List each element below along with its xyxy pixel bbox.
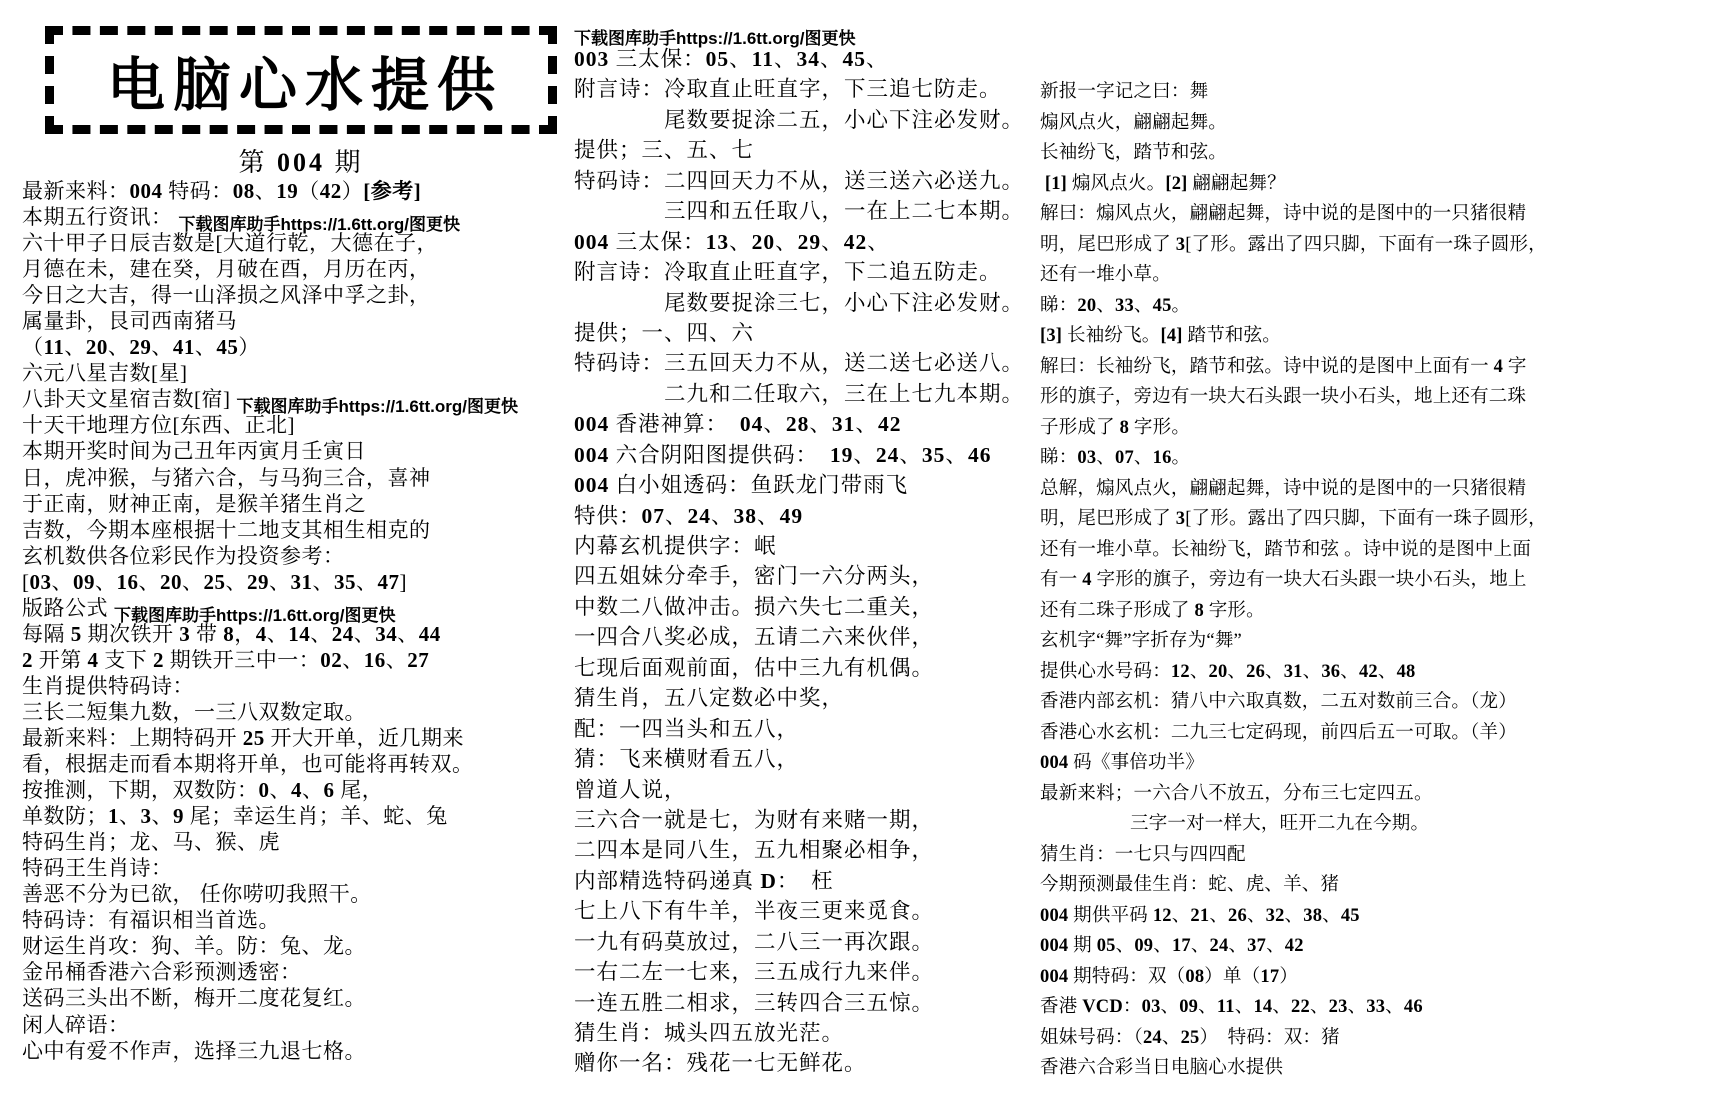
line-text: 于正南，财神正南，是猴羊猪生肖之	[22, 492, 366, 516]
text-line: 二四本是同八生，五九相聚必相争，	[574, 835, 1044, 865]
text-line: 香港六合彩当日电脑心水提供	[1040, 1053, 1720, 1084]
line-text: 三字一对一样大，旺开二九在今期。	[1130, 814, 1429, 834]
left-column: 最新来料：004 特码：08、19（42）[参考]本期五行资讯：下载图库助手ht…	[22, 178, 562, 1064]
text-line: 004 三太保：13、20、29、42、	[574, 227, 1044, 257]
line-text: 二四本是同八生，五九相聚必相争，	[574, 838, 934, 862]
text-line: 今日之大吉，得一山泽损之风泽中孚之卦，	[22, 282, 562, 308]
text-line: 香港 VCD：03、09、11、14、22、23、33、46	[1040, 992, 1720, 1023]
text-line: 三四和五任取八，一在上二七本期。	[574, 196, 1044, 226]
line-text: 香港六合彩当日电脑心水提供	[1040, 1058, 1283, 1078]
text-line: 配：一四当头和五八，	[574, 714, 1044, 744]
text-line: 解曰：长袖纷飞，踏节和弦。诗中说的是图中上面有一 4 字	[1040, 352, 1720, 383]
text-line: 本期五行资讯：下载图库助手https://1.6tt.org/图更快	[22, 204, 562, 230]
line-text: 还有一堆小草。	[1040, 265, 1171, 285]
line-text: 生肖提供特码诗：	[22, 674, 194, 698]
text-line: 尾数要捉涂二五，小心下注必发财。	[574, 105, 1044, 135]
line-text: 最新来料：004 特码：08、19（42）[参考]	[22, 179, 421, 203]
line-text: 善恶不分为已欲， 任你唠叨我照干。	[22, 882, 372, 906]
text-line: 按推测，下期，双数防：0、4、6 尾，	[22, 777, 562, 803]
text-line: [03、09、16、20、25、29、31、35、47]	[22, 569, 562, 595]
line-text: 总解，煽风点火，翩翩起舞，诗中说的是图中的一只猪很精	[1040, 479, 1526, 499]
line-text: 004 期 05、09、17、24、37、42	[1040, 936, 1304, 956]
line-text: 004 期供平码 12、21、26、32、38、45	[1040, 906, 1360, 926]
text-line: 七上八下有牛羊，半夜三更来觅食。	[574, 896, 1044, 926]
text-line: 内部精选特码递真 D： 枉	[574, 866, 1044, 896]
text-line: 004 期供平码 12、21、26、32、38、45	[1040, 901, 1720, 932]
line-text: 配：一四当头和五八，	[574, 717, 799, 741]
text-line: 004 香港神算： 04、28、31、42	[574, 409, 1044, 439]
text-line: 附言诗：冷取直止旺直字，下二追五防走。	[574, 257, 1044, 287]
line-text: 按推测，下期，双数防：0、4、6 尾，	[22, 778, 383, 802]
line-text: 新报一字记之曰：舞	[1040, 82, 1208, 102]
line-text: 提供；一、四、六	[574, 321, 754, 345]
line-text: 解曰：长袖纷飞，踏节和弦。诗中说的是图中上面有一 4 字	[1040, 357, 1527, 377]
text-line: 看，根据走而看本期将开单，也可能将再转双。	[22, 751, 562, 777]
line-text: 一四合八奖必成，五请二六来伙伴，	[574, 625, 934, 649]
text-line: 二九和二任取六，三在上七九本期。	[574, 379, 1044, 409]
line-text: 猜生肖，五八定数必中奖，	[574, 686, 844, 710]
line-text: 内部精选特码递真 D： 枉	[574, 869, 834, 893]
text-line: [3] 长袖纷飞。[4] 踏节和弦。	[1040, 321, 1720, 352]
line-text: 尾数要捉涂三七，小心下注必发财。	[664, 291, 1024, 315]
line-text: 猜生肖：城头四五放光茫。	[574, 1021, 844, 1045]
line-text: 中数二八做冲击。损六失七二重关，	[574, 595, 934, 619]
line-text: 内幕玄机提供字：岷	[574, 534, 777, 558]
text-line: 形的旗子，旁边有一块大石头跟一块小石头，地上还有二珠	[1040, 382, 1720, 413]
text-line: 新报一字记之曰：舞	[1040, 77, 1720, 108]
line-text: 004 期特码：双（08）单（17）	[1040, 967, 1298, 987]
text-line: 闲人碎语：	[22, 1012, 562, 1038]
line-text: 特供：07、24、38、49	[574, 504, 803, 528]
text-line: 内幕玄机提供字：岷	[574, 531, 1044, 561]
line-text: 004 三太保：13、20、29、42、	[574, 230, 890, 254]
text-line: 本期开奖时间为己丑年丙寅月壬寅日	[22, 438, 562, 464]
line-text: 属量卦，艮司西南猪马	[22, 309, 237, 333]
line-text: 单数防；1、3、9 尾；幸运生肖；羊、蛇、兔	[22, 804, 448, 828]
page-title: 电脑心水提供	[99, 38, 503, 122]
text-line: 日，虎冲猴，与猪六合，与马狗三合，喜神	[22, 465, 562, 491]
line-text: 一右二左一七来，三五成行九来伴。	[574, 960, 934, 984]
text-line: 赠你一名：残花一七无鲜花。	[574, 1048, 1044, 1078]
text-line: 尾数要捉涂三七，小心下注必发财。	[574, 288, 1044, 318]
line-text: 003 三太保：05、11、34、45、	[574, 47, 889, 71]
text-line: 最新来料：004 特码：08、19（42）[参考]	[22, 178, 562, 204]
line-text: 香港 VCD：03、09、11、14、22、23、33、46	[1040, 997, 1423, 1017]
text-line: 送码三头出不断，梅开二度花复红。	[22, 985, 562, 1011]
line-text: 赠你一名：残花一七无鲜花。	[574, 1051, 867, 1075]
text-line: 最新来料：上期特码开 25 开大开单，近几期来	[22, 725, 562, 751]
line-text: 明，尾巴形成了 3[了形。露出了四只脚，下面有一珠子圆形，	[1040, 235, 1547, 255]
line-text: 猜生肖：一七只与四四配	[1040, 845, 1246, 865]
line-text: 月德在未，建在癸，月破在酉，月历在丙，	[22, 257, 431, 281]
text-line: 吉数，今期本座根据十二地支其相生相克的	[22, 517, 562, 543]
text-line: 还有一堆小草。长袖纷飞，踏节和弦 。诗中说的是图中上面	[1040, 535, 1720, 566]
text-line: 003 三太保：05、11、34、45、	[574, 44, 1044, 74]
text-line: 004 期特码：双（08）单（17）	[1040, 962, 1720, 993]
line-text: 三六合一就是七，为财有来赌一期，	[574, 808, 934, 832]
text-line: 睇：03、07、16。	[1040, 443, 1720, 474]
line-text: 姐妹号码：（24、25） 特码：双：猪	[1040, 1028, 1340, 1048]
line-text: 曾道人说，	[574, 778, 687, 802]
text-line: 三长二短集九数，一三八双数定取。	[22, 699, 562, 725]
text-line: （11、20、29、41、45）	[22, 334, 562, 360]
text-line: 一九有码莫放过，二八三一再次跟。	[574, 927, 1044, 957]
line-text: 煽风点火，翩翩起舞。	[1040, 113, 1227, 133]
text-line: 附言诗：冷取直止旺直字，下三追七防走。	[574, 74, 1044, 104]
text-line: 解曰：煽风点火，翩翩起舞，诗中说的是图中的一只猪很精	[1040, 199, 1720, 230]
line-text: 心中有爱不作声，选择三九退七格。	[22, 1039, 366, 1063]
text-line: 004 白小姐透码：鱼跃龙门带雨飞	[574, 470, 1044, 500]
line-text: 闲人碎语：	[22, 1013, 130, 1037]
text-line: 姐妹号码：（24、25） 特码：双：猪	[1040, 1023, 1720, 1054]
text-line: 善恶不分为已欲， 任你唠叨我照干。	[22, 881, 562, 907]
line-text: 七上八下有牛羊，半夜三更来觅食。	[574, 899, 934, 923]
text-line: 004 码《事倍功半》	[1040, 748, 1720, 779]
line-text: 特码诗：三五回天力不从，送二送七必送八。	[574, 351, 1024, 375]
line-text: 004 六合阴阳图提供码： 19、24、35、46	[574, 443, 991, 467]
line-text: 附言诗：冷取直止旺直字，下三追七防走。	[574, 77, 1002, 101]
line-text: 004 码《事倍功半》	[1040, 753, 1204, 773]
text-line: 四五姐妹分牵手，密门一六分两头，	[574, 561, 1044, 591]
text-line: 玄机数供各位彩民作为投资参考：	[22, 543, 562, 569]
text-line: 八卦天文星宿吉数[宿]下载图库助手https://1.6tt.org/图更快	[22, 386, 562, 412]
text-line: 提供；一、四、六	[574, 318, 1044, 348]
line-text: 特码诗：有福识相当首选。	[22, 908, 280, 932]
line-text: 送码三头出不断，梅开二度花复红。	[22, 986, 366, 1010]
line-text: 十天干地理方位[东西、正北]	[22, 413, 295, 437]
line-text: 今期预测最佳生肖：蛇、虎、羊、猪	[1040, 875, 1339, 895]
line-text: 八卦天文星宿吉数[宿]	[22, 387, 231, 411]
text-line: [1] 煽风点火。[2] 翩翩起舞？	[1040, 169, 1720, 200]
text-line: 特码生肖；龙、马、猴、虎	[22, 829, 562, 855]
text-line: 曾道人说，	[574, 775, 1044, 805]
text-line: 提供；三、五、七	[574, 135, 1044, 165]
text-line: 特码诗：有福识相当首选。	[22, 907, 562, 933]
text-line: 特码诗：二四回天力不从，送三送六必送九。	[574, 166, 1044, 196]
text-line: 十天干地理方位[东西、正北]	[22, 412, 562, 438]
line-text: 提供；三、五、七	[574, 138, 754, 162]
line-text: 玄机数供各位彩民作为投资参考：	[22, 544, 345, 568]
text-line: 最新来料；一六合八不放五，分布三七定四五。	[1040, 779, 1720, 810]
line-text: 特码王生肖诗：	[22, 856, 173, 880]
issue-number: 第 004 期	[45, 142, 557, 179]
text-line: 中数二八做冲击。损六失七二重关，	[574, 592, 1044, 622]
line-text: 004 白小姐透码：鱼跃龙门带雨飞	[574, 473, 908, 497]
line-text: 长袖纷飞，踏节和弦。	[1040, 143, 1227, 163]
text-line: 睇：20、33、45。	[1040, 291, 1720, 322]
line-text: 香港内部玄机：猜八中六取真数，二五对数前三合。（龙）	[1040, 692, 1517, 712]
line-text: 还有一堆小草。长袖纷飞，踏节和弦 。诗中说的是图中上面	[1040, 540, 1531, 560]
text-line: 六元八星吉数[星]	[22, 360, 562, 386]
line-text: 今日之大吉，得一山泽损之风泽中孚之卦，	[22, 283, 431, 307]
line-text: 七现后面观前面，估中三九有机偶。	[574, 656, 934, 680]
text-line: 今期预测最佳生肖：蛇、虎、羊、猪	[1040, 870, 1720, 901]
line-text: 睇：03、07、16。	[1040, 448, 1190, 468]
line-text: 四五姐妹分牵手，密门一六分两头，	[574, 564, 934, 588]
line-text: 2 开第 4 支下 2 期铁开三中一：02、16、27	[22, 648, 429, 672]
text-line: 版路公式下载图库助手https://1.6tt.org/图更快	[22, 595, 562, 621]
line-text: 尾数要捉涂二五，小心下注必发财。	[664, 108, 1024, 132]
text-line: 属量卦，艮司西南猪马	[22, 308, 562, 334]
line-text: 三四和五任取八，一在上二七本期。	[664, 199, 1024, 223]
text-line: 单数防；1、3、9 尾；幸运生肖；羊、蛇、兔	[22, 803, 562, 829]
line-text: 六十甲子日辰吉数是[大道行乾，大德在子，	[22, 231, 438, 255]
line-text: 特码生肖；龙、马、猴、虎	[22, 830, 280, 854]
watermark: 下载图库助手https://1.6tt.org/图更快	[114, 606, 395, 625]
line-text: 财运生肖攻：狗、羊。防：兔、龙。	[22, 934, 366, 958]
line-text: 日，虎冲猴，与猪六合，与马狗三合，喜神	[22, 466, 431, 490]
line-text: 每隔 5 期次铁开 3 带 8，4、14、24、34、44	[22, 622, 441, 646]
watermark: 下载图库助手https://1.6tt.org/图更快	[179, 215, 460, 234]
text-line: 六十甲子日辰吉数是[大道行乾，大德在子，	[22, 230, 562, 256]
text-line: 长袖纷飞，踏节和弦。	[1040, 138, 1720, 169]
line-text: 三长二短集九数，一三八双数定取。	[22, 700, 366, 724]
watermark: 下载图库助手https://1.6tt.org/图更快	[237, 397, 518, 416]
text-line: 猜生肖：城头四五放光茫。	[574, 1018, 1044, 1048]
text-line: 明，尾巴形成了 3[了形。露出了四只脚，下面有一珠子圆形，	[1040, 504, 1720, 535]
line-text: 香港心水玄机：二九三七定码现，前四后五一可取。（羊）	[1040, 723, 1517, 743]
text-line: 提供心水号码：12、20、26、31、36、42、48	[1040, 657, 1720, 688]
text-line: 一四合八奖必成，五请二六来伙伴，	[574, 622, 1044, 652]
text-line: 004 期 05、09、17、24、37、42	[1040, 931, 1720, 962]
right-column: 新报一字记之曰：舞煽风点火，翩翩起舞。长袖纷飞，踏节和弦。 [1] 煽风点火。[…	[1040, 77, 1720, 1084]
text-line: 明，尾巴形成了 3[了形。露出了四只脚，下面有一珠子圆形，	[1040, 230, 1720, 261]
line-text: 还有二珠子形成了 8 字形。	[1040, 601, 1265, 621]
text-line: 还有一堆小草。	[1040, 260, 1720, 291]
line-text: 玄机字“舞”字折存为“舞”	[1040, 631, 1242, 651]
line-text: 特码诗：二四回天力不从，送三送六必送九。	[574, 169, 1024, 193]
line-text: 六元八星吉数[星]	[22, 361, 188, 385]
line-text: 本期开奖时间为己丑年丙寅月壬寅日	[22, 439, 366, 463]
text-line: 生肖提供特码诗：	[22, 673, 562, 699]
text-line: 猜：飞来横财看五八，	[574, 744, 1044, 774]
text-line: 心中有爱不作声，选择三九退七格。	[22, 1038, 562, 1064]
text-line: 月德在未，建在癸，月破在酉，月历在丙，	[22, 256, 562, 282]
text-line: 特码王生肖诗：	[22, 855, 562, 881]
line-text: 最新来料；一六合八不放五，分布三七定四五。	[1040, 784, 1433, 804]
line-text: 有一 4 字形的旗子，旁边有一块大石头跟一块小石头，地上	[1040, 570, 1527, 590]
text-line: 财运生肖攻：狗、羊。防：兔、龙。	[22, 933, 562, 959]
line-text: 附言诗：冷取直止旺直字，下二追五防走。	[574, 260, 1002, 284]
line-text: 吉数，今期本座根据十二地支其相生相克的	[22, 518, 431, 542]
line-text: [1] 煽风点火。[2] 翩翩起舞？	[1040, 174, 1286, 194]
line-text: 本期五行资讯：	[22, 205, 173, 229]
line-text: 子形成了 8 字形。	[1040, 418, 1190, 438]
line-text: 二九和二任取六，三在上七九本期。	[664, 382, 1024, 406]
line-text: 解曰：煽风点火，翩翩起舞，诗中说的是图中的一只猪很精	[1040, 204, 1526, 224]
text-line: 一连五胜二相求，三转四合三五惊。	[574, 988, 1044, 1018]
lottery-tip-sheet: 电脑心水提供 第 004 期 下载图库助手https://1.6tt.org/图…	[0, 0, 1725, 1116]
text-line: 猜生肖：一七只与四四配	[1040, 840, 1720, 871]
line-text: 猜：飞来横财看五八，	[574, 747, 799, 771]
text-line: 七现后面观前面，估中三九有机偶。	[574, 653, 1044, 683]
line-text: （11、20、29、41、45）	[22, 335, 260, 359]
text-line: 子形成了 8 字形。	[1040, 413, 1720, 444]
line-text: 一九有码莫放过，二八三一再次跟。	[574, 930, 934, 954]
text-line: 煽风点火，翩翩起舞。	[1040, 108, 1720, 139]
text-line: 有一 4 字形的旗子，旁边有一块大石头跟一块小石头，地上	[1040, 565, 1720, 596]
line-text: 版路公式	[22, 596, 108, 620]
text-line: 2 开第 4 支下 2 期铁开三中一：02、16、27	[22, 647, 562, 673]
line-text: 一连五胜二相求，三转四合三五惊。	[574, 991, 934, 1015]
text-line: 金吊桶香港六合彩预测透密：	[22, 959, 562, 985]
text-line: 香港心水玄机：二九三七定码现，前四后五一可取。（羊）	[1040, 718, 1720, 749]
middle-column: 003 三太保：05、11、34、45、附言诗：冷取直止旺直字，下三追七防走。尾…	[574, 44, 1044, 1079]
text-line: 于正南，财神正南，是猴羊猪生肖之	[22, 491, 562, 517]
line-text: 最新来料：上期特码开 25 开大开单，近几期来	[22, 726, 464, 750]
text-line: 猜生肖，五八定数必中奖，	[574, 683, 1044, 713]
line-text: 004 香港神算： 04、28、31、42	[574, 412, 901, 436]
text-line: 一右二左一七来，三五成行九来伴。	[574, 957, 1044, 987]
line-text: 形的旗子，旁边有一块大石头跟一块小石头，地上还有二珠	[1040, 387, 1526, 407]
text-line: 香港内部玄机：猜八中六取真数，二五对数前三合。（龙）	[1040, 687, 1720, 718]
line-text: [03、09、16、20、25、29、31、35、47]	[22, 570, 407, 594]
line-text: 金吊桶香港六合彩预测透密：	[22, 960, 302, 984]
text-line: 三字一对一样大，旺开二九在今期。	[1040, 809, 1720, 840]
text-line: 特供：07、24、38、49	[574, 501, 1044, 531]
text-line: 004 六合阴阳图提供码： 19、24、35、46	[574, 440, 1044, 470]
line-text: 看，根据走而看本期将开单，也可能将再转双。	[22, 752, 474, 776]
text-line: 总解，煽风点火，翩翩起舞，诗中说的是图中的一只猪很精	[1040, 474, 1720, 505]
text-line: 玄机字“舞”字折存为“舞”	[1040, 626, 1720, 657]
line-text: 睇：20、33、45。	[1040, 296, 1190, 316]
title-box: 电脑心水提供	[45, 26, 557, 134]
text-line: 特码诗：三五回天力不从，送二送七必送八。	[574, 348, 1044, 378]
line-text: [3] 长袖纷飞。[4] 踏节和弦。	[1040, 326, 1281, 346]
text-line: 三六合一就是七，为财有来赌一期，	[574, 805, 1044, 835]
line-text: 提供心水号码：12、20、26、31、36、42、48	[1040, 662, 1415, 682]
text-line: 还有二珠子形成了 8 字形。	[1040, 596, 1720, 627]
line-text: 明，尾巴形成了 3[了形。露出了四只脚，下面有一珠子圆形，	[1040, 509, 1547, 529]
